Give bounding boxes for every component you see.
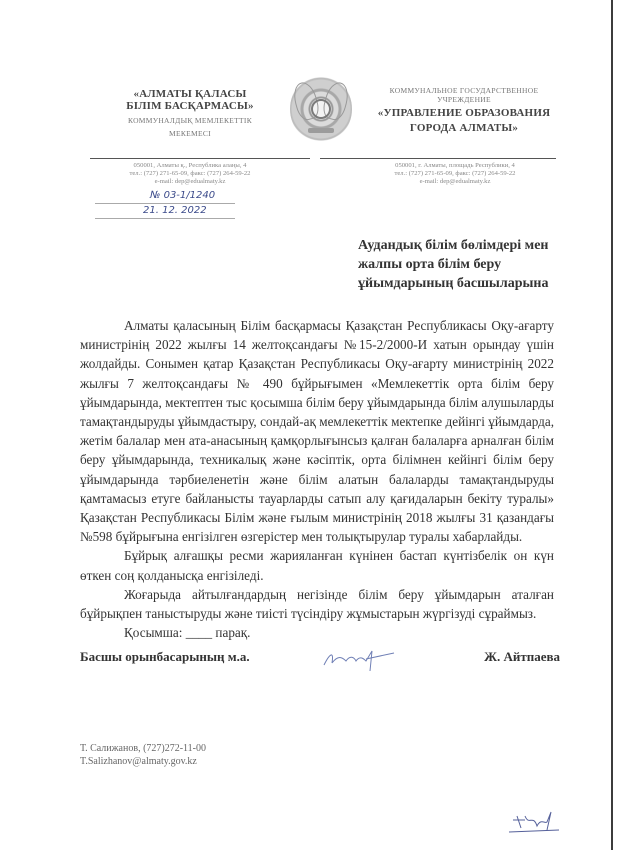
address-kz: 050001, Алматы қ., Республика алаңы, 4 т… (105, 162, 275, 186)
header-divider-left (90, 158, 310, 159)
header-divider-right (320, 158, 556, 159)
executor-name-phone: Т. Салижанов, (727)272-11-00 (80, 742, 206, 755)
executor-email: T.Salizhanov@almaty.gov.kz (80, 755, 206, 768)
body-paragraph: Бұйрық алғашқы ресми жарияланған күнінен… (80, 546, 554, 584)
letter-body: Алматы қаласының Білім басқармасы Қазақс… (80, 316, 554, 642)
attachment-note: Қосымша: ____ парақ. (80, 623, 554, 642)
handwritten-signature-icon (320, 645, 400, 673)
registration-date-line (95, 218, 235, 219)
org-type-kz-line2: МЕКЕМЕСІ (100, 129, 280, 138)
org-name-ru-line1: «УПРАВЛЕНИЕ ОБРАЗОВАНИЯ (374, 107, 554, 119)
body-paragraph: Алматы қаласының Білім басқармасы Қазақс… (80, 316, 554, 546)
signatory-name: Ж. Айтпаева (484, 649, 560, 665)
address-ru: 050001, г. Алматы, площадь Республики, 4… (370, 162, 540, 186)
signature-block: Басшы орынбасарының м.а. Ж. Айтпаева (80, 645, 560, 669)
letterhead-right: КОММУНАЛЬНОЕ ГОСУДАРСТВЕННОЕ УЧРЕЖДЕНИЕ … (374, 86, 554, 134)
addressee-line3: ұйымдарының басшыларына (358, 274, 598, 293)
address-ru-line2: тел.: (727) 271-65-09, факс: (727) 264-5… (370, 170, 540, 178)
addressee-line1: Аудандық білім бөлімдері мен (358, 236, 598, 255)
letterhead-left: «АЛМАТЫ ҚАЛАСЫ БІЛІМ БАСҚАРМАСЫ» КОММУНА… (100, 88, 280, 138)
state-emblem-icon (290, 74, 352, 144)
registration-number: № 03-1/1240 (150, 190, 215, 201)
approval-initials-icon (503, 808, 563, 838)
org-type-kz-line1: КОММУНАЛДЫҚ МЕМЛЕКЕТТІК (100, 116, 280, 125)
body-paragraph: Жоғарыда айтылғандардың негізінде білім … (80, 585, 554, 623)
address-kz-line2: тел.: (727) 271-65-09, факс: (727) 264-5… (105, 170, 275, 178)
org-name-kz-line2: БІЛІМ БАСҚАРМАСЫ» (100, 100, 280, 112)
page-edge (611, 0, 613, 850)
address-ru-line1: 050001, г. Алматы, площадь Республики, 4 (370, 162, 540, 170)
address-ru-email: e-mail: dep@edualmaty.kz (370, 178, 540, 186)
address-kz-email: e-mail: dep@edualmaty.kz (105, 178, 275, 186)
org-type-ru-line1: КОММУНАЛЬНОЕ ГОСУДАРСТВЕННОЕ (374, 86, 554, 95)
org-name-ru-line2: ГОРОДА АЛМАТЫ» (374, 122, 554, 134)
org-name-kz-line1: «АЛМАТЫ ҚАЛАСЫ (100, 88, 280, 100)
executor-contact: Т. Салижанов, (727)272-11-00 T.Salizhano… (80, 742, 206, 768)
addressee-line2: жалпы орта білім беру (358, 255, 598, 274)
registration-number-line (95, 203, 235, 204)
org-type-ru-line2: УЧРЕЖДЕНИЕ (374, 95, 554, 104)
registration-date: 21. 12. 2022 (143, 205, 207, 216)
address-kz-line1: 050001, Алматы қ., Республика алаңы, 4 (105, 162, 275, 170)
signatory-title: Басшы орынбасарының м.а. (80, 649, 250, 665)
addressee-block: Аудандық білім бөлімдері мен жалпы орта … (358, 236, 598, 293)
